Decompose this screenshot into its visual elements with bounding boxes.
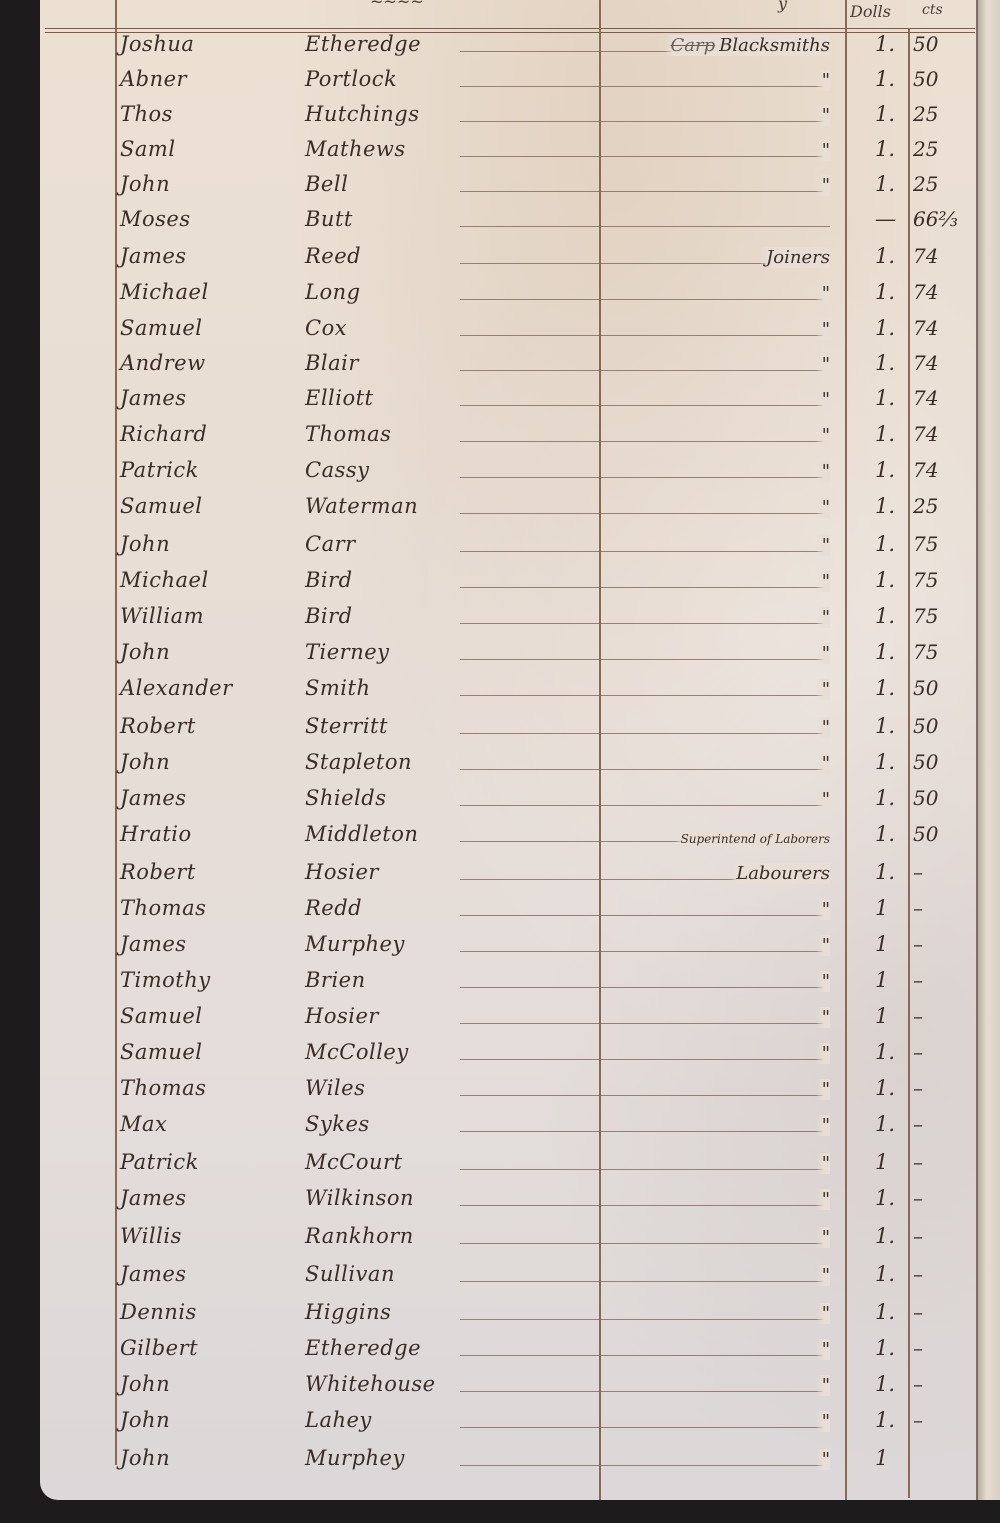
ledger-row: JohnTierney"1.75 xyxy=(40,636,980,670)
dollars-amount: 1. xyxy=(875,860,895,884)
ledger-row: JohnWhitehouse"1.– xyxy=(40,1368,980,1402)
ledger-row: HratioMiddletonSuperintend of Laborers1.… xyxy=(40,818,980,852)
ledger-row: JohnBell"1.25 xyxy=(40,168,980,202)
occupation: " xyxy=(816,319,830,340)
ledger-row: ThomasWiles"1.– xyxy=(40,1072,980,1106)
last-name: Smith xyxy=(305,676,370,700)
dollars-amount: 1. xyxy=(875,458,895,482)
first-name: Samuel xyxy=(120,1040,203,1064)
dollars-amount: 1. xyxy=(875,1300,895,1324)
cents-amount: 74 xyxy=(913,422,938,446)
last-name: Etheredge xyxy=(305,32,421,56)
first-name: Joshua xyxy=(120,32,194,56)
dollars-amount: 1. xyxy=(875,640,895,664)
occupation: Joiners xyxy=(760,247,830,268)
cents-amount: 25 xyxy=(913,172,938,196)
ledger-page: ~~~~ y Dolls cts JoshuaEtheredgeCarpBlac… xyxy=(40,0,1000,1500)
occupation-text: " xyxy=(822,1411,830,1432)
dollars-amount: 1 xyxy=(875,1446,888,1470)
occupation: Labourers xyxy=(730,863,830,884)
last-name: Portlock xyxy=(305,67,397,91)
leader-line xyxy=(460,1023,830,1024)
dollars-amount: — xyxy=(875,207,896,231)
dollars-amount: 1. xyxy=(875,1040,895,1064)
first-name: Samuel xyxy=(120,1004,203,1028)
occupation: " xyxy=(816,461,830,482)
dollars-amount: 1. xyxy=(875,1186,895,1210)
header-dollars: Dolls xyxy=(850,2,891,21)
first-name: Samuel xyxy=(120,316,203,340)
cents-amount: 74 xyxy=(913,316,938,340)
occupation-text: " xyxy=(822,105,830,126)
cents-amount: 75 xyxy=(913,532,938,556)
leader-line xyxy=(460,695,830,696)
cents-amount: – xyxy=(913,1300,923,1324)
dollars-amount: 1. xyxy=(875,532,895,556)
leader-line xyxy=(460,951,830,952)
first-name: Michael xyxy=(120,568,209,592)
occupation-text: Superintend of Laborers xyxy=(681,832,830,846)
ledger-row: PatrickCassy"1.74 xyxy=(40,454,980,488)
dollars-amount: 1. xyxy=(875,676,895,700)
cents-amount: – xyxy=(913,1040,923,1064)
dollars-amount: 1. xyxy=(875,1262,895,1286)
cents-amount: – xyxy=(913,1372,923,1396)
last-name: Hosier xyxy=(305,860,379,884)
dollars-amount: 1. xyxy=(875,102,895,126)
leader-line xyxy=(460,769,830,770)
ledger-row: AlexanderSmith"1.50 xyxy=(40,672,980,706)
occupation: " xyxy=(816,935,830,956)
first-name: Richard xyxy=(120,422,207,446)
cents-amount: 75 xyxy=(913,568,938,592)
cents-amount: – xyxy=(913,1150,923,1174)
last-name: Sterritt xyxy=(305,714,388,738)
leader-line xyxy=(460,121,830,122)
first-name: Hratio xyxy=(120,822,192,846)
last-name: McColley xyxy=(305,1040,409,1064)
ledger-row: SamuelCox"1.74 xyxy=(40,312,980,346)
last-name: Sykes xyxy=(305,1112,370,1136)
first-name: John xyxy=(120,640,170,664)
first-name: Samuel xyxy=(120,494,203,518)
occupation-text: " xyxy=(822,1227,830,1248)
leader-line xyxy=(460,1319,830,1320)
cents-amount: – xyxy=(913,1076,923,1100)
first-name: Moses xyxy=(120,207,191,231)
occupation-text: Labourers xyxy=(736,863,830,884)
last-name: Waterman xyxy=(305,494,418,518)
occupation: " xyxy=(816,1079,830,1100)
last-name: Brien xyxy=(305,968,366,992)
ledger-row: WillisRankhorn"1.– xyxy=(40,1220,980,1254)
occupation-text: " xyxy=(822,70,830,91)
ledger-row: AndrewBlair"1.74 xyxy=(40,347,980,381)
last-name: Murphey xyxy=(305,1446,405,1470)
cents-amount: – xyxy=(913,1224,923,1248)
first-name: Patrick xyxy=(120,458,199,482)
occupation: " xyxy=(816,70,830,91)
cents-amount: 25 xyxy=(913,137,938,161)
last-name: Elliott xyxy=(305,386,374,410)
occupation: " xyxy=(816,175,830,196)
first-name: Abner xyxy=(120,67,187,91)
occupation-text: " xyxy=(822,1043,830,1064)
first-name: Max xyxy=(120,1112,167,1136)
leader-line xyxy=(460,659,830,660)
dollars-amount: 1. xyxy=(875,172,895,196)
occupation: " xyxy=(816,535,830,556)
dollars-amount: 1. xyxy=(875,494,895,518)
dollars-amount: 1. xyxy=(875,32,895,56)
occupation-text: " xyxy=(822,1115,830,1136)
dollars-amount: 1. xyxy=(875,422,895,446)
occupation: " xyxy=(816,1411,830,1432)
leader-line xyxy=(460,1243,830,1244)
occupation: " xyxy=(816,1227,830,1248)
cents-amount: – xyxy=(913,968,923,992)
occupation-text: " xyxy=(822,175,830,196)
cents-amount: 74 xyxy=(913,244,938,268)
leader-line xyxy=(460,1059,830,1060)
last-name: Tierney xyxy=(305,640,390,664)
first-name: Robert xyxy=(120,860,196,884)
cents-amount: – xyxy=(913,1004,923,1028)
first-name: Robert xyxy=(120,714,196,738)
first-name: John xyxy=(120,1408,170,1432)
cents-amount: 75 xyxy=(913,640,938,664)
occupation: Superintend of Laborers xyxy=(675,832,830,846)
last-name: Bird xyxy=(305,604,353,628)
ledger-row: JohnStapleton"1.50 xyxy=(40,746,980,780)
occupation: " xyxy=(816,497,830,518)
occupation-text: Blacksmiths xyxy=(719,35,830,56)
leader-line xyxy=(460,733,830,734)
first-name: John xyxy=(120,532,170,556)
leader-line xyxy=(460,156,830,157)
cents-amount: 50 xyxy=(913,32,938,56)
occupation: " xyxy=(816,1189,830,1210)
first-name: Patrick xyxy=(120,1150,199,1174)
occupation-text: " xyxy=(822,643,830,664)
first-name: William xyxy=(120,604,204,628)
dollars-amount: 1. xyxy=(875,244,895,268)
occupation-text: " xyxy=(822,1375,830,1396)
first-name: John xyxy=(120,1372,170,1396)
occupation: " xyxy=(816,717,830,738)
last-name: Hutchings xyxy=(305,102,420,126)
last-name: Blair xyxy=(305,351,359,375)
ledger-row: JamesElliott"1.74 xyxy=(40,382,980,416)
cents-amount: 74 xyxy=(913,351,938,375)
cents-amount: – xyxy=(913,1262,923,1286)
cents-amount: 66⅔ xyxy=(913,207,958,231)
cents-amount: 74 xyxy=(913,458,938,482)
dollars-amount: 1. xyxy=(875,316,895,340)
ledger-row: MichaelBird"1.75 xyxy=(40,564,980,598)
ledger-row: GilbertEtheredge"1.– xyxy=(40,1332,980,1366)
occupation-text: " xyxy=(822,140,830,161)
occupation: " xyxy=(816,571,830,592)
occupation: " xyxy=(816,607,830,628)
dollars-amount: 1 xyxy=(875,1004,888,1028)
cents-amount: 25 xyxy=(913,494,938,518)
leader-line xyxy=(460,1427,830,1428)
ledger-row: SamuelMcColley"1.– xyxy=(40,1036,980,1070)
first-name: James xyxy=(120,386,187,410)
occupation: " xyxy=(816,1449,830,1470)
first-name: James xyxy=(120,1186,187,1210)
occupation-text: " xyxy=(822,461,830,482)
last-name: Whitehouse xyxy=(305,1372,436,1396)
first-name: Alexander xyxy=(120,676,233,700)
last-name: Thomas xyxy=(305,422,391,446)
occupation: " xyxy=(816,283,830,304)
occupation-text: " xyxy=(822,283,830,304)
occupation-text: " xyxy=(822,753,830,774)
occupation: " xyxy=(816,105,830,126)
ledger-row: JohnMurphey"1 xyxy=(40,1442,980,1476)
last-name: Lahey xyxy=(305,1408,372,1432)
last-name: Carr xyxy=(305,532,356,556)
dollars-amount: 1. xyxy=(875,1408,895,1432)
cents-amount: 50 xyxy=(913,750,938,774)
leader-line xyxy=(460,86,830,87)
occupation: " xyxy=(816,753,830,774)
cents-amount: – xyxy=(913,1336,923,1360)
occupation-text: Joiners xyxy=(766,247,830,268)
cents-amount: 74 xyxy=(913,280,938,304)
occupation-text: " xyxy=(822,1339,830,1360)
leader-line xyxy=(460,623,830,624)
dollars-amount: 1. xyxy=(875,351,895,375)
cents-amount: – xyxy=(913,1186,923,1210)
occupation-text: " xyxy=(822,1079,830,1100)
occupation: " xyxy=(816,425,830,446)
ledger-row: ThosHutchings"1.25 xyxy=(40,98,980,132)
cents-amount: 50 xyxy=(913,67,938,91)
ledger-row: DennisHiggins"1.– xyxy=(40,1296,980,1330)
last-name: Stapleton xyxy=(305,750,412,774)
ledger-row: JohnCarr"1.75 xyxy=(40,528,980,562)
occupation-text: " xyxy=(822,607,830,628)
last-name: Bird xyxy=(305,568,353,592)
paper-fold-edge xyxy=(976,0,1000,1500)
first-name: John xyxy=(120,750,170,774)
occupation: " xyxy=(816,679,830,700)
last-name: Redd xyxy=(305,896,362,920)
occupation: " xyxy=(816,1339,830,1360)
first-name: Thomas xyxy=(120,1076,206,1100)
header-fragment-right: y xyxy=(778,0,787,13)
dollars-amount: 1. xyxy=(875,568,895,592)
occupation: " xyxy=(816,1043,830,1064)
last-name: Higgins xyxy=(305,1300,391,1324)
cents-amount: – xyxy=(913,932,923,956)
cents-amount: – xyxy=(913,1112,923,1136)
last-name: Reed xyxy=(305,244,361,268)
leader-line xyxy=(460,1169,830,1170)
first-name: John xyxy=(120,172,170,196)
ledger-row: MaxSykes"1.– xyxy=(40,1108,980,1142)
occupation-text: " xyxy=(822,497,830,518)
cents-amount: – xyxy=(913,860,923,884)
occupation: " xyxy=(816,899,830,920)
ledger-row: JamesShields"1.50 xyxy=(40,782,980,816)
leader-line xyxy=(460,1205,830,1206)
leader-line xyxy=(460,405,830,406)
last-name: Hosier xyxy=(305,1004,379,1028)
last-name: Cox xyxy=(305,316,347,340)
leader-line xyxy=(460,1355,830,1356)
ledger-row: SamlMathews"1.25 xyxy=(40,133,980,167)
last-name: Etheredge xyxy=(305,1336,421,1360)
dollars-amount: 1. xyxy=(875,750,895,774)
cents-amount: – xyxy=(913,1408,923,1432)
dollars-amount: 1 xyxy=(875,968,888,992)
cents-amount: 25 xyxy=(913,102,938,126)
dollars-amount: 1 xyxy=(875,1150,888,1174)
cents-amount: 74 xyxy=(913,386,938,410)
cents-amount: 50 xyxy=(913,822,938,846)
leader-line xyxy=(460,587,830,588)
occupation-text: " xyxy=(822,354,830,375)
leader-line xyxy=(460,335,830,336)
last-name: Long xyxy=(305,280,361,304)
cents-amount: 50 xyxy=(913,714,938,738)
last-name: Middleton xyxy=(305,822,418,846)
leader-line xyxy=(460,191,830,192)
ledger-row: WilliamBird"1.75 xyxy=(40,600,980,634)
last-name: Mathews xyxy=(305,137,406,161)
occupation-text: " xyxy=(822,319,830,340)
dollars-amount: 1. xyxy=(875,1336,895,1360)
leader-line xyxy=(460,441,830,442)
dollars-amount: 1 xyxy=(875,896,888,920)
last-name: Rankhorn xyxy=(305,1224,414,1248)
cents-amount: 50 xyxy=(913,786,938,810)
last-name: McCourt xyxy=(305,1150,402,1174)
ledger-row: JoshuaEtheredgeCarpBlacksmiths1.50 xyxy=(40,28,980,62)
last-name: Bell xyxy=(305,172,348,196)
leader-line xyxy=(460,513,830,514)
dollars-amount: 1. xyxy=(875,714,895,738)
header-fragment-left: ~~~~ xyxy=(370,0,424,11)
occupation: " xyxy=(816,1265,830,1286)
dollars-amount: 1 xyxy=(875,932,888,956)
first-name: Timothy xyxy=(120,968,211,992)
first-name: Gilbert xyxy=(120,1336,198,1360)
ledger-row: MosesButt—66⅔ xyxy=(40,203,980,237)
leader-line xyxy=(460,299,830,300)
dollars-amount: 1. xyxy=(875,280,895,304)
occupation-text: " xyxy=(822,1303,830,1324)
leader-line xyxy=(460,805,830,806)
cents-amount: – xyxy=(913,896,923,920)
ledger-row: SamuelWaterman"1.25 xyxy=(40,490,980,524)
occupation: " xyxy=(816,389,830,410)
occupation-text: " xyxy=(822,679,830,700)
occupation-text: " xyxy=(822,1265,830,1286)
ledger-row: JamesSullivan"1.– xyxy=(40,1258,980,1292)
dollars-amount: 1. xyxy=(875,1076,895,1100)
leader-line xyxy=(460,1391,830,1392)
dollars-amount: 1. xyxy=(875,67,895,91)
dollars-amount: 1. xyxy=(875,1112,895,1136)
leader-line xyxy=(460,226,830,227)
ledger-row: RobertSterritt"1.50 xyxy=(40,710,980,744)
first-name: James xyxy=(120,1262,187,1286)
occupation: " xyxy=(816,140,830,161)
first-name: James xyxy=(120,244,187,268)
struck-word: Carp xyxy=(671,35,716,56)
leader-line xyxy=(460,1465,830,1466)
ledger-row: JamesReedJoiners1.74 xyxy=(40,240,980,274)
ledger-row: RichardThomas"1.74 xyxy=(40,418,980,452)
occupation-text: " xyxy=(822,789,830,810)
leader-line xyxy=(460,1281,830,1282)
first-name: Thos xyxy=(120,102,173,126)
occupation-text: " xyxy=(822,571,830,592)
dollars-amount: 1. xyxy=(875,1372,895,1396)
last-name: Butt xyxy=(305,207,353,231)
cents-amount: 50 xyxy=(913,676,938,700)
leader-line xyxy=(460,987,830,988)
occupation-text: " xyxy=(822,1153,830,1174)
cents-amount: 75 xyxy=(913,604,938,628)
last-name: Cassy xyxy=(305,458,370,482)
occupation-text: " xyxy=(822,535,830,556)
last-name: Shields xyxy=(305,786,387,810)
leader-line xyxy=(460,477,830,478)
occupation-text: " xyxy=(822,1449,830,1470)
last-name: Wilkinson xyxy=(305,1186,414,1210)
first-name: James xyxy=(120,786,187,810)
dollars-amount: 1. xyxy=(875,822,895,846)
last-name: Sullivan xyxy=(305,1262,395,1286)
ledger-row: PatrickMcCourt"1– xyxy=(40,1146,980,1180)
ledger-row: ThomasRedd"1– xyxy=(40,892,980,926)
leader-line xyxy=(460,1095,830,1096)
occupation-text: " xyxy=(822,899,830,920)
last-name: Murphey xyxy=(305,932,405,956)
occupation: " xyxy=(816,971,830,992)
occupation: " xyxy=(816,643,830,664)
occupation-text: " xyxy=(822,425,830,446)
leader-line xyxy=(460,1131,830,1132)
occupation-text: " xyxy=(822,717,830,738)
ledger-row: AbnerPortlock"1.50 xyxy=(40,63,980,97)
dollars-amount: 1. xyxy=(875,386,895,410)
ledger-row: TimothyBrien"1– xyxy=(40,964,980,998)
first-name: Dennis xyxy=(120,1300,197,1324)
occupation: CarpBlacksmiths xyxy=(665,35,830,56)
ledger-row: JamesWilkinson"1.– xyxy=(40,1182,980,1216)
ledger-row: SamuelHosier"1– xyxy=(40,1000,980,1034)
occupation: " xyxy=(816,1153,830,1174)
occupation-text: " xyxy=(822,389,830,410)
dollars-amount: 1. xyxy=(875,786,895,810)
occupation-text: " xyxy=(822,1189,830,1210)
occupation: " xyxy=(816,1007,830,1028)
occupation: " xyxy=(816,354,830,375)
ledger-row: JamesMurphey"1– xyxy=(40,928,980,962)
header-cents: cts xyxy=(922,2,943,18)
occupation: " xyxy=(816,1303,830,1324)
first-name: James xyxy=(120,932,187,956)
first-name: Andrew xyxy=(120,351,206,375)
ledger-row: JohnLahey"1.– xyxy=(40,1404,980,1438)
